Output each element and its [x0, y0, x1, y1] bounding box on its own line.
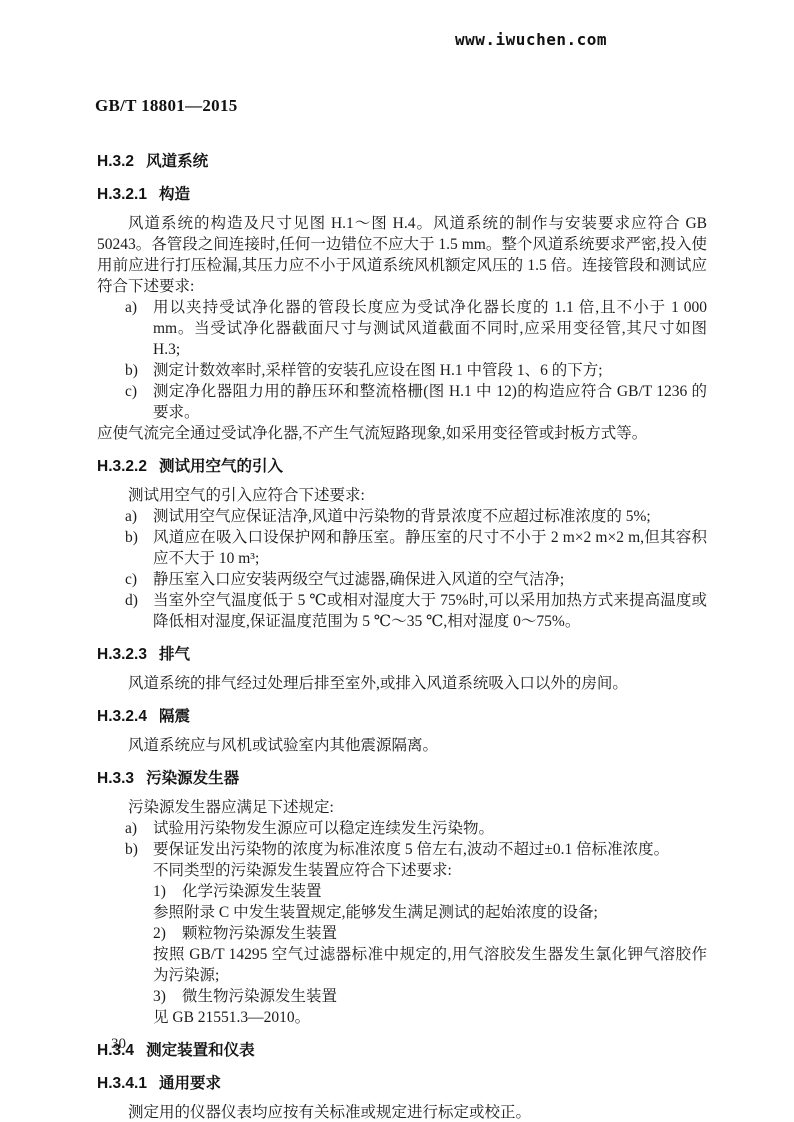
- list-item-source-b: b) 要保证发出污染物的浓度为标准浓度 5 倍左右,波动不超过±0.1 倍标准浓…: [97, 839, 707, 860]
- document-page: www.iwuchen.com GB/T 18801—2015 H.3.2风道系…: [0, 0, 794, 1122]
- sublist-item-desc: 见 GB 21551.3—2010。: [97, 1007, 707, 1028]
- list-item-label: a): [125, 297, 137, 318]
- list-item-label: a): [125, 818, 137, 839]
- heading-title: 测定装置和仪表: [146, 1042, 255, 1059]
- document-content: H.3.2风道系统 H.3.2.1构造 风道系统的构造及尺寸见图 H.1～图 H…: [97, 151, 707, 1122]
- list-item-label: c): [125, 381, 137, 402]
- heading-h3-4-1: H.3.4.1通用要求: [97, 1073, 707, 1094]
- list-item-text: 风道应在吸入口设保护网和静压室。静压室的尺寸不小于 2 m×2 m×2 m,但其…: [153, 529, 707, 567]
- sublist-item-title: 化学污染源发生装置: [182, 883, 322, 900]
- heading-h3-3: H.3.3污染源发生器: [97, 768, 707, 789]
- sublist-item-desc: 参照附录 C 中发生装置规定,能够发生满足测试的起始浓度的设备;: [97, 902, 707, 923]
- list-item-label: d): [125, 590, 138, 611]
- list-item-label: b): [125, 360, 138, 381]
- list-item-text: 测定计数效率时,采样管的安装孔应设在图 H.1 中管段 1、6 的下方;: [153, 362, 603, 379]
- sublist-item-source-type-1: 1) 化学污染源发生装置: [97, 881, 707, 902]
- list-item-air-c: c) 静压室入口应安装两级空气过滤器,确保进入风道的空气洁净;: [97, 569, 707, 590]
- list-item-duct-b: b) 测定计数效率时,采样管的安装孔应设在图 H.1 中管段 1、6 的下方;: [97, 360, 707, 381]
- list-item-air-d: d) 当室外空气温度低于 5 ℃或相对湿度大于 75%时,可以采用加热方式来提高…: [97, 590, 707, 632]
- heading-h3-2: H.3.2风道系统: [97, 151, 707, 172]
- sublist-item-source-type-3: 3) 微生物污染源发生装置: [97, 986, 707, 1007]
- list-item-label: c): [125, 569, 137, 590]
- heading-h3-4: H.3.4测定装置和仪表: [97, 1040, 707, 1061]
- sublist-item-desc: 按照 GB/T 14295 空气过滤器标准中规定的,用气溶胶发生器发生氯化钾气溶…: [97, 944, 707, 986]
- heading-number: H.3.2.4: [97, 708, 147, 725]
- heading-h3-2-3: H.3.2.3排气: [97, 644, 707, 665]
- heading-h3-2-1: H.3.2.1构造: [97, 184, 707, 205]
- list-item-text: 当室外空气温度低于 5 ℃或相对湿度大于 75%时,可以采用加热方式来提高温度或…: [153, 592, 707, 630]
- paragraph-airflow: 应使气流完全通过受试净化器,不产生气流短路现象,如采用变径管或封板方式等。: [97, 423, 707, 444]
- heading-title: 排气: [159, 646, 190, 663]
- list-item-text: 测试用空气应保证洁净,风道中污染物的背景浓度不应超过标准浓度的 5%;: [153, 508, 651, 525]
- list-item-air-a: a) 测试用空气应保证洁净,风道中污染物的背景浓度不应超过标准浓度的 5%;: [97, 506, 707, 527]
- list-item-label: b): [125, 839, 138, 860]
- page-number: 30: [111, 1036, 126, 1053]
- sublist-item-source-type-2: 2) 颗粒物污染源发生装置: [97, 923, 707, 944]
- sublist-item-title: 微生物污染源发生装置: [182, 988, 337, 1005]
- list-item-label: b): [125, 527, 138, 548]
- heading-number: H.3.2.1: [97, 186, 147, 203]
- heading-number: H.3.2.3: [97, 646, 147, 663]
- heading-title: 测试用空气的引入: [159, 458, 283, 475]
- heading-number: H.3.4.1: [97, 1075, 147, 1092]
- paragraph-source-types-intro: 不同类型的污染源发生装置应符合下述要求:: [97, 860, 707, 881]
- list-item-text: 测定净化器阻力用的静压环和整流格栅(图 H.1 中 12)的构造应符合 GB/T…: [153, 383, 707, 421]
- heading-title: 风道系统: [146, 153, 208, 170]
- list-item-text: 静压室入口应安装两级空气过滤器,确保进入风道的空气洁净;: [153, 571, 564, 588]
- list-item-text: 试验用污染物发生源应可以稳定连续发生污染物。: [153, 820, 494, 837]
- sublist-item-label: 1): [153, 881, 166, 902]
- list-item-duct-c: c) 测定净化器阻力用的静压环和整流格栅(图 H.1 中 12)的构造应符合 G…: [97, 381, 707, 423]
- sublist-item-label: 2): [153, 923, 166, 944]
- heading-number: H.3.2.2: [97, 458, 147, 475]
- heading-h3-2-4: H.3.2.4隔震: [97, 706, 707, 727]
- heading-title: 通用要求: [159, 1075, 221, 1092]
- heading-h3-2-2: H.3.2.2测试用空气的引入: [97, 456, 707, 477]
- list-item-text: 用以夹持受试净化器的管段长度应为受试净化器长度的 1.1 倍,且不小于 1 00…: [153, 299, 707, 358]
- heading-title: 隔震: [159, 708, 190, 725]
- paragraph-source-intro: 污染源发生器应满足下述规定:: [97, 797, 707, 818]
- standard-code: GB/T 18801—2015: [95, 96, 238, 116]
- paragraph-vibration: 风道系统应与风机或试验室内其他震源隔离。: [97, 735, 707, 756]
- sublist-item-label: 3): [153, 986, 166, 1007]
- list-item-duct-a: a) 用以夹持受试净化器的管段长度应为受试净化器长度的 1.1 倍,且不小于 1…: [97, 297, 707, 360]
- watermark-url: www.iwuchen.com: [455, 30, 607, 49]
- list-item-air-b: b) 风道应在吸入口设保护网和静压室。静压室的尺寸不小于 2 m×2 m×2 m…: [97, 527, 707, 569]
- heading-number: H.3.2: [97, 153, 134, 170]
- heading-number: H.3.3: [97, 770, 134, 787]
- paragraph-air-intro: 测试用空气的引入应符合下述要求:: [97, 485, 707, 506]
- paragraph-exhaust: 风道系统的排气经过处理后排至室外,或排入风道系统吸入口以外的房间。: [97, 673, 707, 694]
- heading-title: 构造: [159, 186, 190, 203]
- list-item-label: a): [125, 506, 137, 527]
- list-item-text: 要保证发出污染物的浓度为标准浓度 5 倍左右,波动不超过±0.1 倍标准浓度。: [153, 841, 669, 858]
- list-item-source-a: a) 试验用污染物发生源应可以稳定连续发生污染物。: [97, 818, 707, 839]
- heading-title: 污染源发生器: [146, 770, 239, 787]
- paragraph-construction: 风道系统的构造及尺寸见图 H.1～图 H.4。风道系统的制作与安装要求应符合 G…: [97, 213, 707, 297]
- sublist-item-title: 颗粒物污染源发生装置: [182, 925, 337, 942]
- paragraph-instruments: 测定用的仪器仪表均应按有关标准或规定进行标定或校正。: [97, 1102, 707, 1122]
